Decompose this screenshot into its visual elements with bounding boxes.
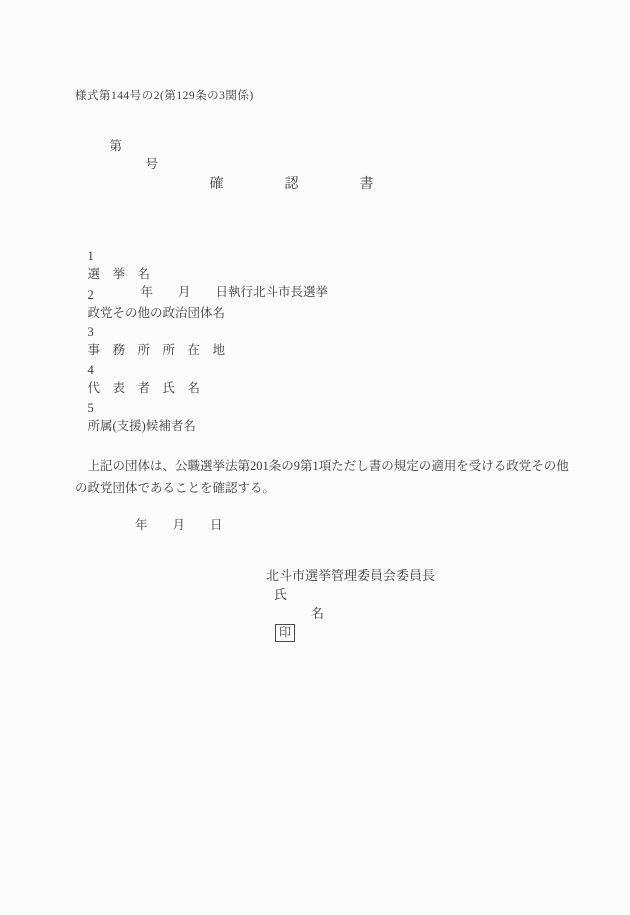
confirmation-statement: 上記の団体は、公職選挙法第201条の9第1項ただし書の規定の適用を受ける政党その…	[75, 455, 585, 499]
seal-character: 印	[279, 625, 291, 639]
item-number: 1	[88, 249, 112, 264]
date-line: 年 月 日	[135, 515, 223, 533]
item-label: 所属(支援)候補者名	[88, 419, 196, 433]
form-item-affiliated-candidate-name: 5 所属(支援)候補者名	[75, 386, 196, 449]
item-number: 4	[88, 363, 112, 378]
item-number: 2	[88, 288, 112, 303]
form-code: 様式第144号の2(第129条の3関係)	[75, 87, 254, 103]
seal-box: 印	[275, 624, 295, 642]
item-number: 3	[88, 325, 112, 340]
doc-number-prefix: 第	[110, 139, 123, 153]
document-page: 様式第144号の2(第129条の3関係) 第 号 確認書 1 選 挙 名 年 月…	[0, 0, 630, 915]
item-number: 5	[88, 401, 112, 416]
signature-family-name-label: 氏	[274, 587, 287, 602]
signature-line: 北斗市選挙管理委員会委員長 氏 名 印	[253, 549, 435, 658]
document-title-text: 確認書	[210, 177, 435, 192]
signature-given-name-label: 名	[311, 606, 324, 621]
statement-line-1: 上記の団体は、公職選挙法第201条の9第1項ただし書の規定の適用を受ける政党その…	[75, 455, 585, 477]
signature-office: 北斗市選挙管理委員会委員長	[266, 568, 435, 583]
statement-line-2: の政党団体であることを確認する。	[75, 477, 585, 499]
document-title: 確認書	[0, 157, 630, 209]
